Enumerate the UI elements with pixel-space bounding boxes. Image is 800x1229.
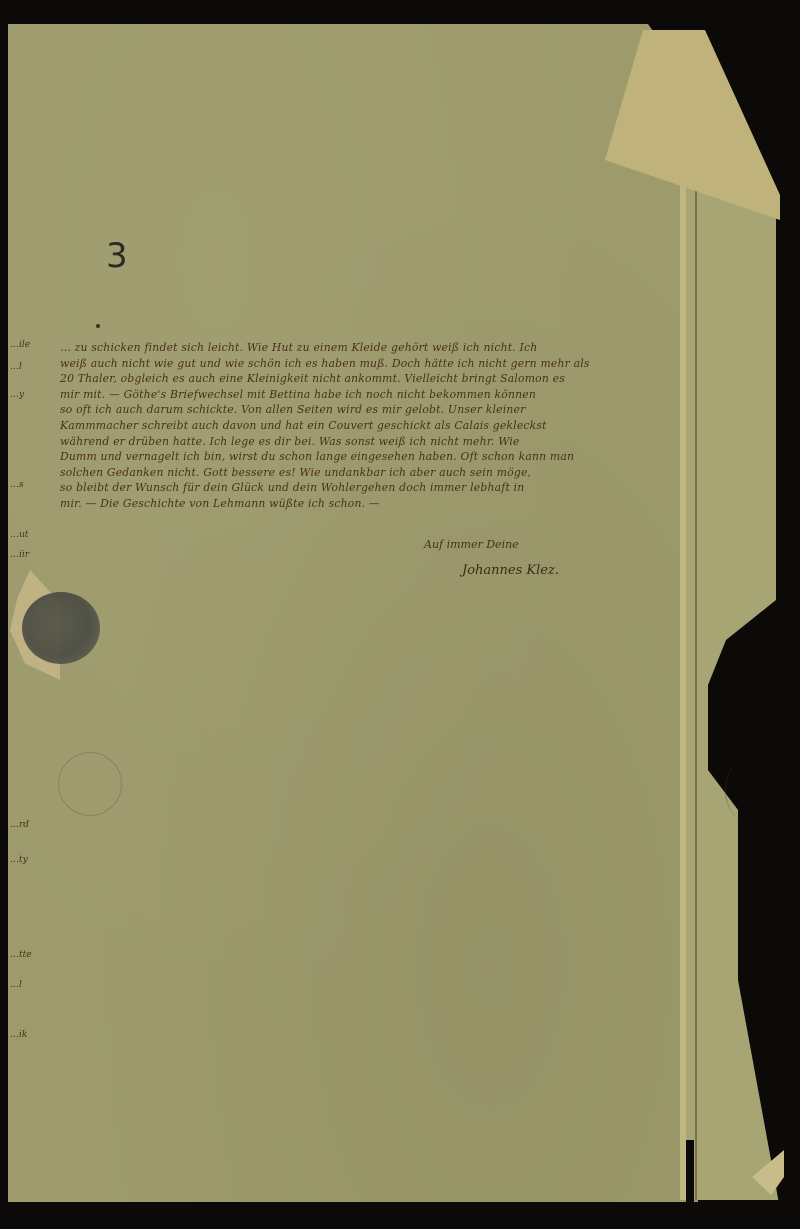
letter-line: 20 Thaler, obgleich es auch eine Kleinig… (60, 371, 690, 387)
fold-crease-line (695, 120, 697, 1200)
letter-line: so oft ich auch darum schickte. Von alle… (60, 402, 690, 418)
margin-fragment: …ik (10, 1030, 27, 1040)
margin-fragment: …iir (10, 550, 29, 560)
letter-line: Kammmacher schreibt auch davon und hat e… (60, 418, 690, 434)
faint-postmark-edge (725, 760, 766, 820)
letter-line: während er drüben hatte. Ich lege es dir… (60, 434, 690, 450)
document-scan: 3 …ile …l …y …s …ut …iir …rd …ty …tte …l… (0, 0, 800, 1229)
margin-fragment: …ile (10, 340, 30, 350)
margin-fragment: …y (10, 390, 24, 400)
letter-line: mir. — Die Geschichte von Lehmann wüßte … (60, 496, 690, 512)
letter-line: solchen Gedanken nicht. Gott bessere es!… (60, 465, 690, 481)
letter-line: mir mit. — Göthe's Briefwechsel mit Bett… (60, 387, 690, 403)
letter-line: weiß auch nicht wie gut und wie schön ic… (60, 356, 690, 372)
right-page-flap (686, 120, 784, 1200)
margin-fragment: …tte (10, 950, 32, 960)
letter-body: … zu schicken findet sich leicht. Wie Hu… (60, 340, 690, 512)
wax-seal-stain (22, 592, 100, 664)
letter-sheet (8, 24, 698, 1202)
letter-closing: Auf immer Deine (424, 538, 519, 551)
page-number: 3 (106, 236, 128, 276)
letter-signature: Johannes Klez. (462, 563, 559, 578)
letter-line: so bleibt der Wunsch für dein Glück und … (60, 480, 690, 496)
margin-fragment: …l (10, 362, 22, 372)
margin-fragment: …rd (10, 820, 29, 830)
margin-fragment: …l (10, 980, 22, 990)
margin-fragment: …ty (10, 855, 28, 865)
bottom-fold-slit (686, 1140, 694, 1205)
margin-fragment: …s (10, 480, 24, 490)
letter-line: Dumm und vernagelt ich bin, wirst du sch… (60, 449, 690, 465)
ink-dot (96, 324, 100, 328)
margin-fragment: …ut (10, 530, 28, 540)
letter-line: … zu schicken findet sich leicht. Wie Hu… (60, 340, 690, 356)
faint-postmark-stamp (58, 752, 122, 816)
